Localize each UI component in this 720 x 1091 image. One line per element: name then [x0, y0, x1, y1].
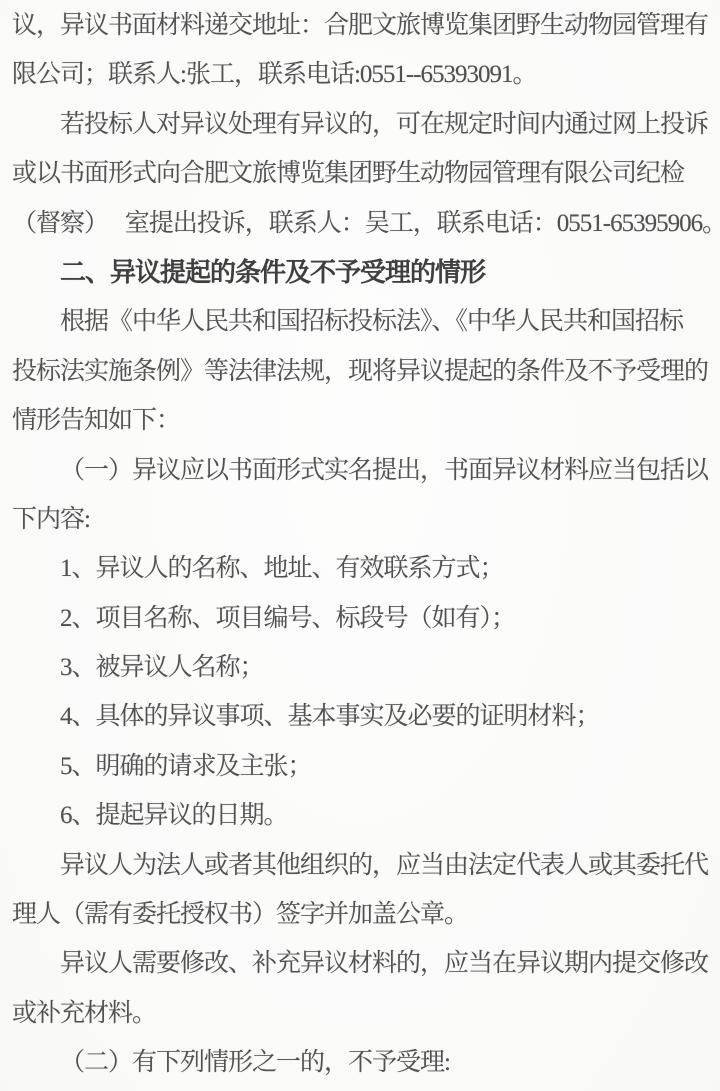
document-text-block: 议，异议书面材料递交地址：合肥文旅博览集团野生动物园管理有限公司；联系人:张工，… [12, 1, 714, 1088]
text-line: （督察） 室提出投诉，联系人：吴工，联系电话：0551-65395906。 [12, 199, 714, 248]
text-line: 6、提起异议的日期。 [12, 791, 714, 840]
text-line: 若投标人对异议处理有异议的，可在规定时间内通过网上投诉 [12, 100, 714, 149]
text-line: 3、被异议人名称； [12, 643, 714, 692]
text-line: 异议人为法人或者其他组织的，应当由法定代表人或其委托代 [12, 841, 714, 890]
text-line: 下内容: [12, 495, 714, 544]
text-line: 或补充材料。 [12, 989, 714, 1038]
text-line: 异议人需要修改、补充异议材料的，应当在异议期内提交修改 [12, 939, 714, 988]
text-line: （二）有下列情形之一的，不予受理: [12, 1038, 714, 1087]
text-line: 投标法实施条例》等法律法规，现将异议提起的条件及不予受理的 [12, 347, 714, 396]
text-line: 5、明确的请求及主张； [12, 742, 714, 791]
section-heading: 二、异议提起的条件及不予受理的情形 [12, 248, 714, 297]
text-line: 根据《中华人民共和国招标投标法》、《中华人民共和国招标 [12, 297, 714, 346]
text-line: 情形告知如下： [12, 396, 714, 445]
text-line: 限公司；联系人:张工，联系电话:0551--65393091。 [12, 50, 714, 99]
text-line: 议，异议书面材料递交地址：合肥文旅博览集团野生动物园管理有 [12, 1, 714, 50]
text-line: 4、具体的异议事项、基本事实及必要的证明材料； [12, 692, 714, 741]
text-line: （一）异议应以书面形式实名提出，书面异议材料应当包括以 [12, 446, 714, 495]
scanned-document-page: 议，异议书面材料递交地址：合肥文旅博览集团野生动物园管理有限公司；联系人:张工，… [0, 0, 720, 1091]
text-line: 2、项目名称、项目编号、标段号（如有）； [12, 594, 714, 643]
text-line: 1、异议人的名称、地址、有效联系方式； [12, 544, 714, 593]
text-line: 理人（需有委托授权书）签字并加盖公章。 [12, 890, 714, 939]
text-line: 或以书面形式向合肥文旅博览集团野生动物园管理有限公司纪检 [12, 149, 714, 198]
